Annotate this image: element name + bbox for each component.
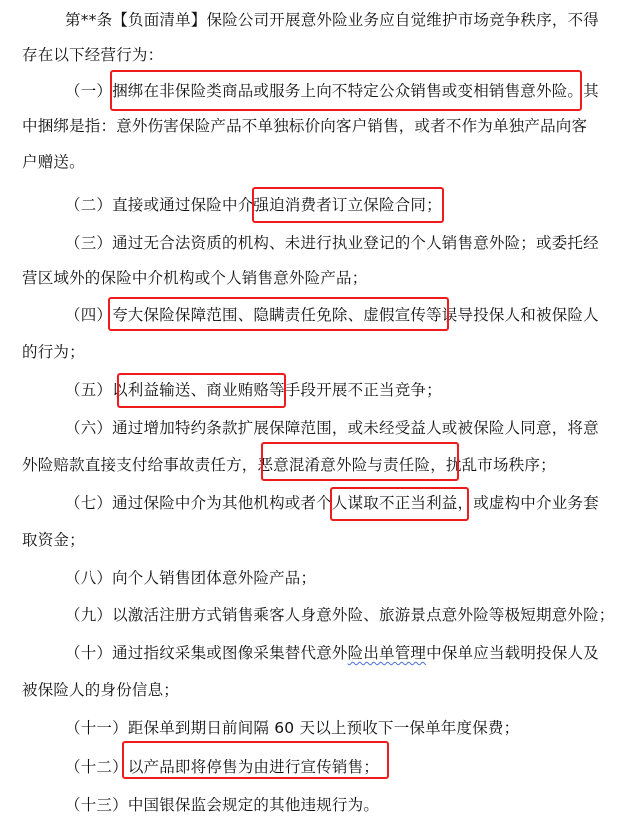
item-1-line-2: 中捆绑是指：意外伤害保险产品不单独标价向客户销售，或者不作为单独产品向客 <box>22 116 587 136</box>
item-label: （四） <box>65 306 112 324</box>
item-label: （十三） <box>65 796 128 814</box>
item-label: （十） <box>65 644 112 662</box>
item-text: 夸大保险保障范围、隐瞒责任免除、虚假宣传等误导投保人和被保险人 <box>112 306 599 324</box>
item-label: （六） <box>65 419 112 437</box>
item-13-line-1: （十三）中国银保监会规定的其他违规行为。 <box>65 795 379 815</box>
item-text: 以产品即将停售为由进行宣传销售； <box>128 758 379 776</box>
item-1-line-1: （一）捆绑在非保险类商品或服务上向不特定公众销售或变相销售意外险。其 <box>65 81 599 101</box>
item-3-line-2: 营区域外的保险中介机构或个人销售意外险产品； <box>22 268 367 288</box>
item-label: （十一） <box>65 719 128 737</box>
item-11-line-1: （十一）距保单到期日前间隔 60 天以上预收下一保单年度保费； <box>65 718 519 738</box>
item-text-after: 中保单应当载明投保人及 <box>426 644 599 662</box>
item-text: 通过无合法资质的机构、未进行执业登记的个人销售意外险；或委托经 <box>112 234 599 252</box>
item-text: 捆绑在非保险类商品或服务上向不特定公众销售或变相销售意外险。其 <box>112 82 599 100</box>
item-7-line-1: （七）通过保险中介为其他机构或者个人谋取不正当利益，或虚构中介业务套 <box>65 493 599 513</box>
item-6-line-2: 外险赔款直接支付给事故责任方，恶意混淆意外险与责任险，扰乱市场秩序； <box>22 455 556 475</box>
article-heading: 第**条【负面清单】保险公司开展意外险业务应自觉维护市场竞争秩序，不得 <box>65 10 599 30</box>
item-text: 通过增加特约条款扩展保障范围，或未经受益人或被保险人同意，将意 <box>112 419 599 437</box>
document-page: 第**条【负面清单】保险公司开展意外险业务应自觉维护市场竞争秩序，不得 存在以下… <box>0 0 641 835</box>
item-label: （七） <box>65 494 112 512</box>
item-text: 向个人销售团体意外险产品； <box>112 569 316 587</box>
item-6-line-1: （六）通过增加特约条款扩展保障范围，或未经受益人或被保险人同意，将意 <box>65 418 599 438</box>
item-text: 距保单到期日前间隔 60 天以上预收下一保单年度保费； <box>128 719 519 737</box>
article-heading-continued: 存在以下经营行为： <box>22 45 163 65</box>
item-3-line-1: （三）通过无合法资质的机构、未进行执业登记的个人销售意外险；或委托经 <box>65 233 599 253</box>
item-text: 通过保险中介为其他机构或者个人谋取不正当利益，或虚构中介业务套 <box>112 494 599 512</box>
item-label: （三） <box>65 234 112 252</box>
item-7-line-2: 取资金； <box>22 530 85 550</box>
item-text: 中国银保监会规定的其他违规行为。 <box>128 796 379 814</box>
item-4-line-1: （四）夸大保险保障范围、隐瞒责任免除、虚假宣传等误导投保人和被保险人 <box>65 305 599 325</box>
item-2-line-1: （二）直接或通过保险中介强迫消费者订立保险合同； <box>65 195 442 215</box>
item-label: （一） <box>65 82 112 100</box>
item-label: （八） <box>65 569 112 587</box>
item-label: （五） <box>65 381 112 399</box>
item-12-line-1: （十二）以产品即将停售为由进行宣传销售； <box>65 757 379 777</box>
item-1-line-3: 户赠送。 <box>22 152 85 172</box>
item-9-line-1: （九）以激活注册方式销售乘客人身意外险、旅游景点意外险等极短期意外险； <box>65 605 615 625</box>
item-10-line-2: 被保险人的身份信息； <box>22 680 179 700</box>
item-text: 以激活注册方式销售乘客人身意外险、旅游景点意外险等极短期意外险； <box>112 606 614 624</box>
item-10-line-1: （十）通过指纹采集或图像采集替代意外险出单管理中保单应当载明投保人及 <box>65 643 599 663</box>
item-label: （九） <box>65 606 112 624</box>
item-8-line-1: （八）向个人销售团体意外险产品； <box>65 568 316 588</box>
item-label: （二） <box>65 196 112 214</box>
item-label: （十二） <box>65 758 128 776</box>
item-text: 以利益输送、商业贿赂等手段开展不正当竞争； <box>112 381 442 399</box>
item-text: 直接或通过保险中介强迫消费者订立保险合同； <box>112 196 442 214</box>
spellcheck-underlined-text[interactable]: 险出单管理 <box>348 644 427 662</box>
item-text-before: 通过指纹采集或图像采集替代意外 <box>112 644 348 662</box>
item-5-line-1: （五）以利益输送、商业贿赂等手段开展不正当竞争； <box>65 380 442 400</box>
item-4-line-2: 的行为； <box>22 342 85 362</box>
